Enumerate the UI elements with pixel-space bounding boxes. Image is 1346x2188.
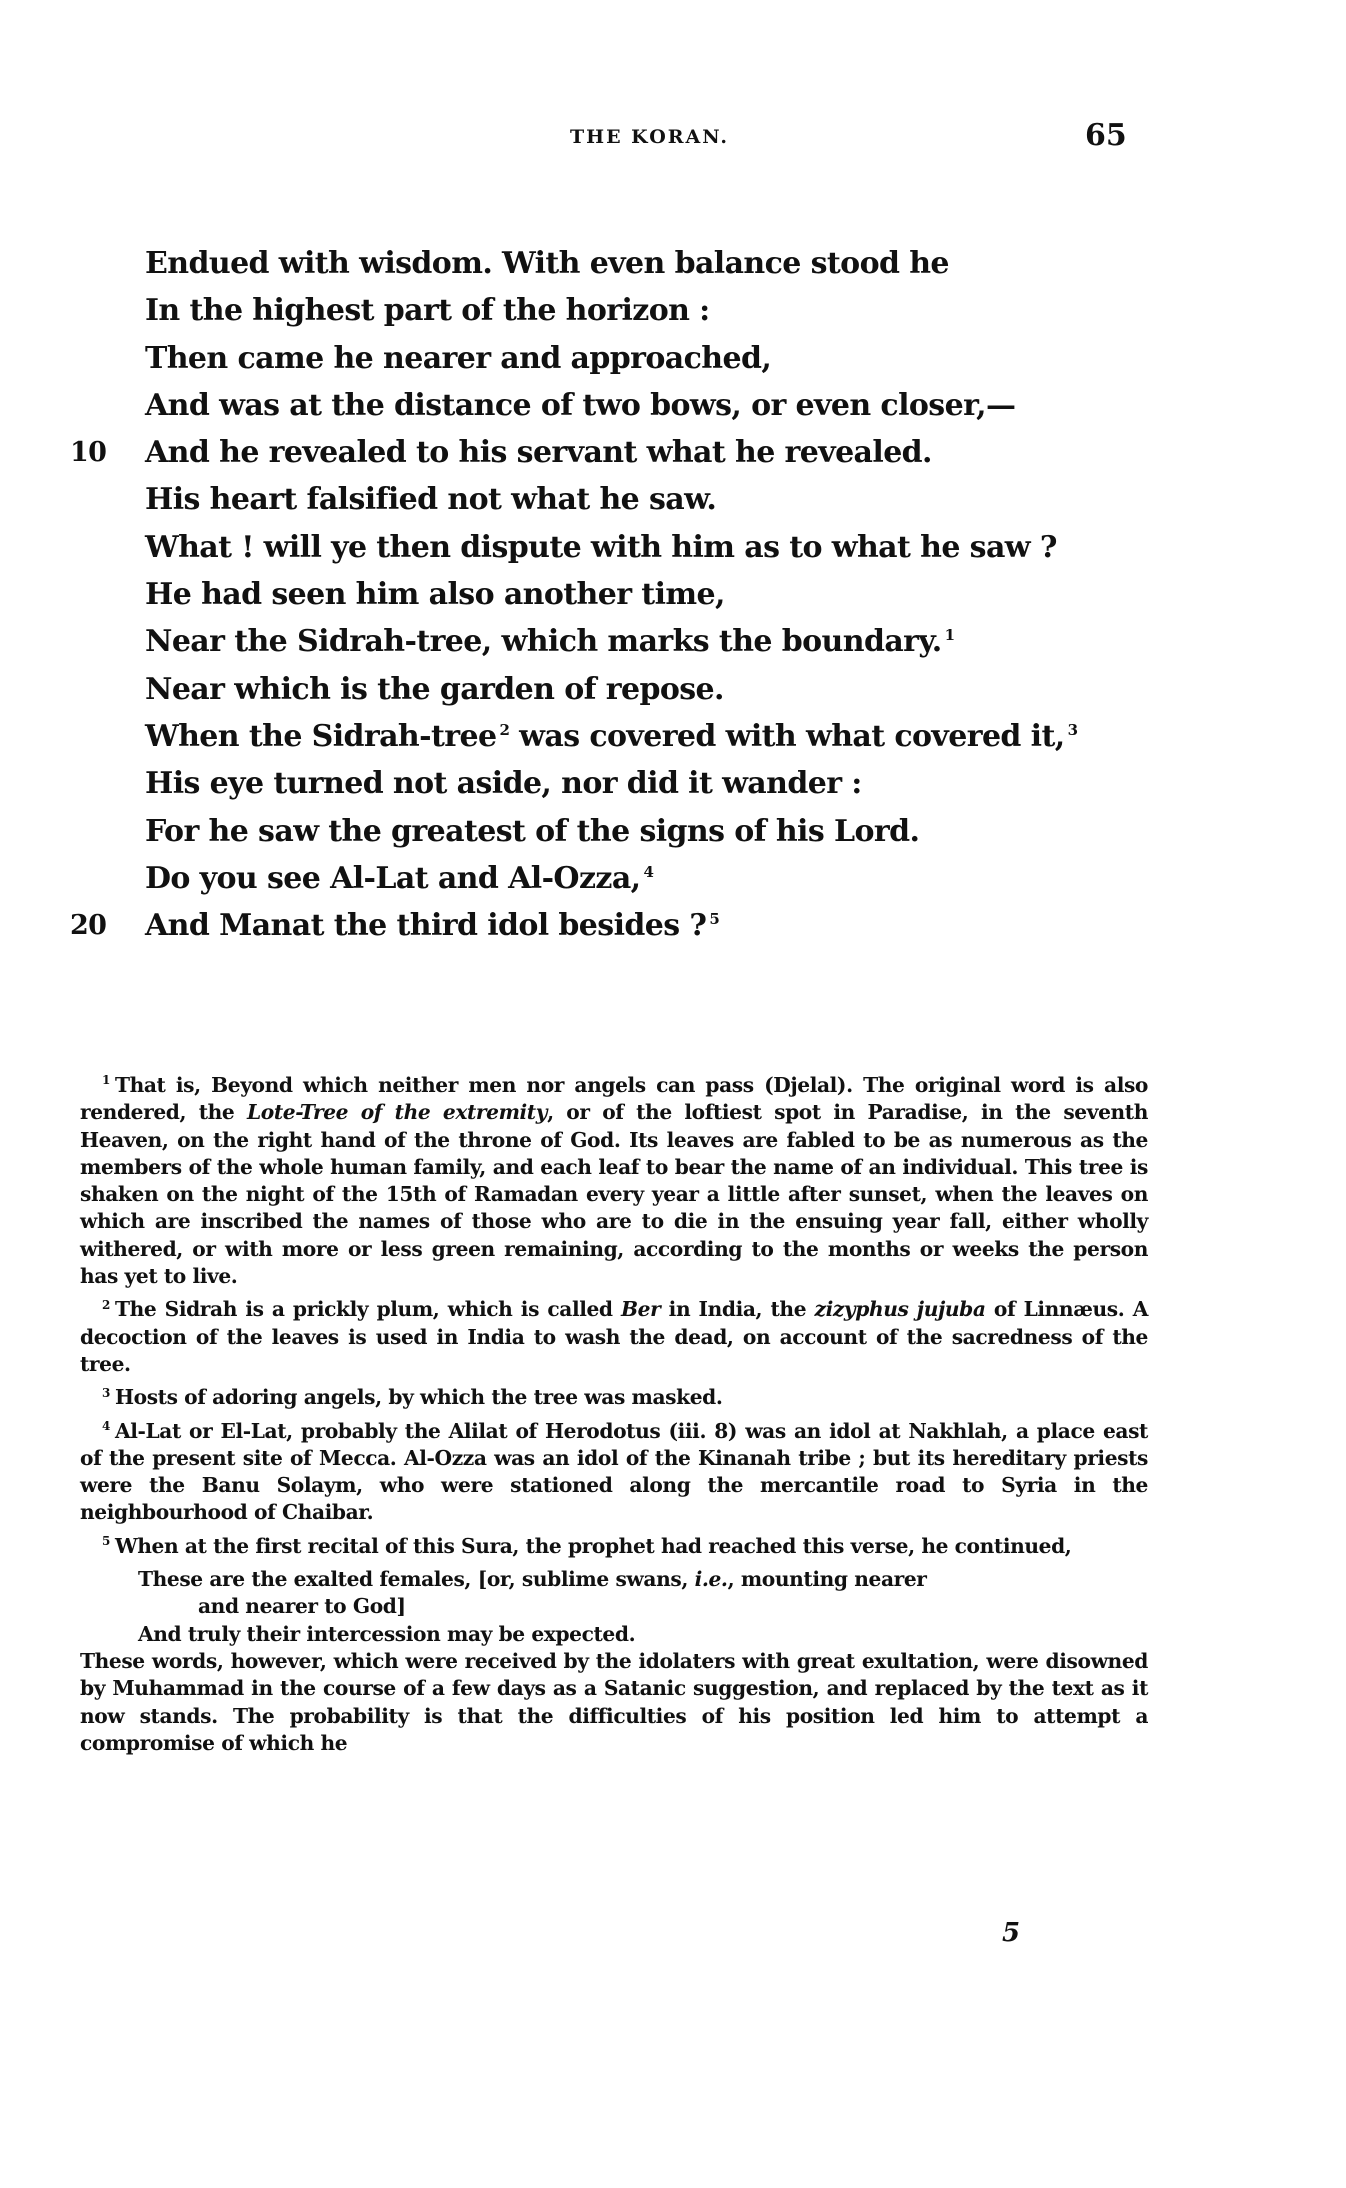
footnote-marker: 5 — [102, 1534, 110, 1548]
poem-line: In the highest part of the horizon : — [0, 287, 1346, 334]
verse-text: Then came he nearer and approached, — [145, 335, 771, 382]
verse-text: And was at the distance of two bows, or … — [145, 382, 1015, 429]
verse-text: Near the Sidrah-tree, which marks the bo… — [145, 618, 954, 665]
poem-line: Near the Sidrah-tree, which marks the bo… — [0, 618, 1346, 665]
poem-line: For he saw the greatest of the signs of … — [0, 808, 1346, 855]
footnote-ref[interactable]: 4 — [644, 863, 654, 881]
quoted-verse-continuation: and nearer to God] — [80, 1593, 1148, 1620]
poem-line: And was at the distance of two bows, or … — [0, 382, 1346, 429]
footnote-5: 5When at the first recital of this Sura,… — [80, 1533, 1148, 1560]
footnote-ref[interactable]: 2 — [499, 721, 509, 739]
footnote-marker: 1 — [102, 1073, 110, 1087]
poem-line: Near which is the garden of repose. — [0, 666, 1346, 713]
verse-text: For he saw the greatest of the signs of … — [145, 808, 919, 855]
footnotes: 1That is, Beyond which neither men nor a… — [80, 1072, 1148, 1757]
poem-line: 10And he revealed to his servant what he… — [0, 429, 1346, 476]
poem-line: Then came he nearer and approached, — [0, 335, 1346, 382]
footnote-ref[interactable]: 5 — [709, 910, 719, 928]
footnote-marker: 4 — [102, 1419, 110, 1433]
verse-text: His eye turned not aside, nor did it wan… — [145, 760, 862, 807]
footnote-3: 3Hosts of adoring angels, by which the t… — [80, 1384, 1148, 1411]
poem-line: Endued with wisdom. With even balance st… — [0, 240, 1346, 287]
footnote-ref[interactable]: 3 — [1068, 721, 1078, 739]
poem-verses: Endued with wisdom. With even balance st… — [0, 240, 1346, 949]
poem-line: He had seen him also another time, — [0, 571, 1346, 618]
signature-mark: 5 — [1002, 1918, 1020, 1948]
quoted-verse: These are the exalted females, [or, subl… — [80, 1566, 1148, 1593]
running-head-title: THE KORAN. — [570, 126, 729, 148]
poem-line: Do you see Al-Lat and Al-Ozza,4 — [0, 855, 1346, 902]
footnote-continuation: These words, however, which were receive… — [80, 1648, 1148, 1757]
page-number: 65 — [1085, 118, 1127, 153]
line-number: 20 — [70, 902, 120, 949]
verse-text: In the highest part of the horizon : — [145, 287, 710, 334]
line-number: 10 — [70, 429, 120, 476]
footnote-1: 1That is, Beyond which neither men nor a… — [80, 1072, 1148, 1290]
verse-text: And Manat the third idol besides ?5 — [145, 902, 719, 949]
running-head: THE KORAN. 65 — [0, 118, 1346, 158]
verse-text: When the Sidrah-tree2 was covered with w… — [145, 713, 1077, 760]
quoted-verse: And truly their intercession may be expe… — [80, 1621, 1148, 1648]
poem-line: 20And Manat the third idol besides ?5 — [0, 902, 1346, 949]
poem-line: His heart falsified not what he saw. — [0, 476, 1346, 523]
verse-text: Near which is the garden of repose. — [145, 666, 724, 713]
footnote-marker: 2 — [102, 1298, 110, 1312]
poem-line: What ! will ye then dispute with him as … — [0, 524, 1346, 571]
footnote-ref[interactable]: 1 — [945, 626, 955, 644]
footnote-2: 2The Sidrah is a prickly plum, which is … — [80, 1296, 1148, 1378]
verse-text: He had seen him also another time, — [145, 571, 725, 618]
footnote-marker: 3 — [102, 1386, 110, 1400]
verse-text: His heart falsified not what he saw. — [145, 476, 716, 523]
poem-line: His eye turned not aside, nor did it wan… — [0, 760, 1346, 807]
verse-text: And he revealed to his servant what he r… — [145, 429, 932, 476]
verse-text: Do you see Al-Lat and Al-Ozza,4 — [145, 855, 653, 902]
poem-line: When the Sidrah-tree2 was covered with w… — [0, 713, 1346, 760]
book-page: THE KORAN. 65 Endued with wisdom. With e… — [0, 0, 1346, 2188]
footnote-4: 4Al-Lat or El-Lat, probably the Alilat o… — [80, 1418, 1148, 1527]
verse-text: Endued with wisdom. With even balance st… — [145, 240, 949, 287]
verse-text: What ! will ye then dispute with him as … — [145, 524, 1057, 571]
